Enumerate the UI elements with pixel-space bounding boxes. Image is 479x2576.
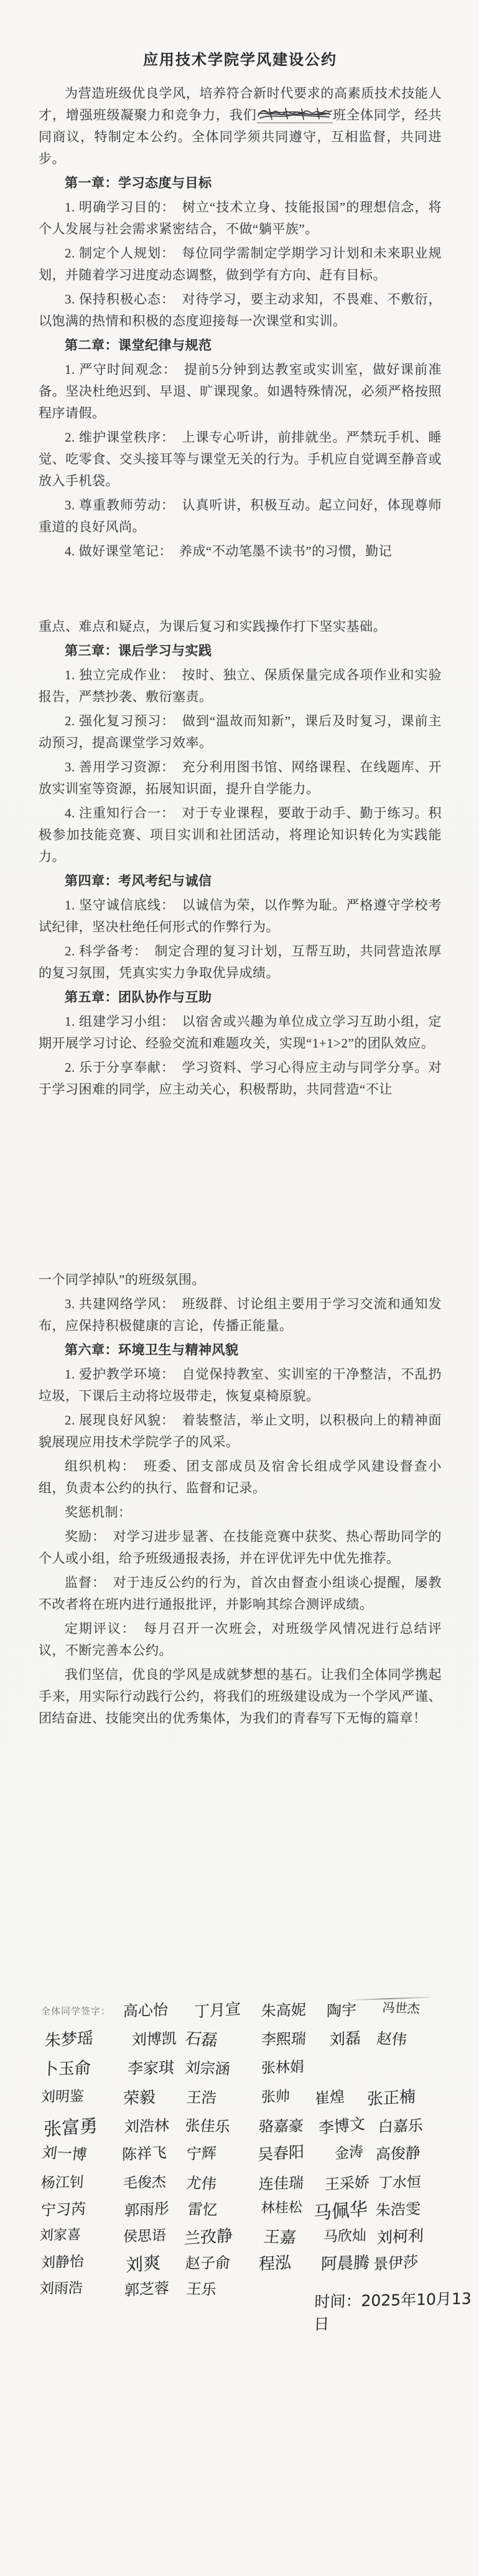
signature: 石磊 — [184, 2025, 219, 2050]
doc-paragraph: 2. 乐于分享奉献： 学习资料、学习心得应主动与同学分享。对于学习困难的同学，应… — [39, 1057, 442, 1100]
signature: 张佳乐 — [184, 2113, 231, 2136]
page-3: 一个同学掉队”的班级氛围。3. 共建网络学风： 班级群、讨论组主要用于学习交流和… — [39, 1269, 442, 1732]
signature: 陈祥飞 — [122, 2140, 167, 2164]
signature: 刘磊 — [330, 2025, 361, 2050]
doc-paragraph: 2. 维护课堂秩序： 上课专心听讲，前排就坐。严禁玩手机、睡觉、吃零食、交头接耳… — [39, 427, 442, 492]
chapter-heading: 第二章：课堂纪律与规范 — [39, 335, 442, 356]
doc-paragraph: 一个同学掉队”的班级氛围。 — [39, 1269, 442, 1291]
doc-paragraph: 奖励： 对学习进步显著、在技能竞赛中获奖、热心帮助同学的个人或小组，给予班级通报… — [39, 1526, 442, 1569]
signature: 冯世杰 — [381, 1997, 421, 2017]
signature: 刘静怡 — [40, 2250, 84, 2272]
signature: 刘一博 — [41, 2140, 88, 2164]
doc-paragraph: 3. 尊重教师劳动： 认真听讲，积极互动。起立问好，体现尊师重道的良好风尚。 — [39, 495, 442, 538]
doc-paragraph: 4. 做好课堂笔记： 养成“不动笔墨不读书”的习惯，勤记 — [39, 541, 442, 562]
doc-paragraph: 2. 科学备考： 制定合理的复习计划，互帮互助，共同营造浓厚的复习氛围，凭真实实… — [39, 941, 442, 984]
doc-paragraph: 奖惩机制： — [39, 1502, 442, 1523]
signature: 王乐 — [185, 2276, 218, 2299]
intro-paragraph: 为营造班级优良学风，培养符合新时代要求的高素质技术技能人才，增强班级凝聚力和竞争… — [39, 83, 442, 170]
signature: 刘博凯 — [131, 2026, 177, 2050]
signature: 陶宇 — [327, 1997, 357, 2021]
signature: 丁水恒 — [378, 2170, 422, 2192]
signature: 刘柯利 — [377, 2223, 424, 2248]
signature: 毛俊杰 — [123, 2170, 166, 2192]
signature: 王嘉 — [263, 2224, 297, 2248]
signature: 张正楠 — [367, 2084, 416, 2109]
signature: 景伊莎 — [373, 2249, 418, 2274]
doc-paragraph: 1. 组建学习小组： 以宿舍或兴趣为单位成立学习互助小组，定期开展学习讨论、经验… — [39, 1011, 442, 1054]
doc-paragraph: 定期评议： 每月召开一次班会，对班级学风情况进行总结评议，不断完善本公约。 — [39, 1618, 442, 1662]
signature: 李博文 — [319, 2111, 366, 2139]
signature: 刘明鉴 — [40, 2085, 85, 2106]
signature: 金涛 — [335, 2140, 364, 2164]
doc-paragraph: 1. 爱护教学环境： 自觉保持教室、实训室的干净整洁，不乱扔垃圾，下课后主动将垃… — [39, 1364, 442, 1407]
signature: 兰孜静 — [184, 2223, 233, 2249]
document-title: 应用技术学院学风建设公约 — [39, 47, 442, 69]
signature: 阿晨腾 — [320, 2250, 370, 2275]
chapter-heading: 第五章：团队协作与互助 — [39, 987, 442, 1008]
doc-paragraph: 我们坚信，优良的学风是成就梦想的基石。让我们全体同学携起手来，用实际行动践行公约… — [39, 1664, 442, 1729]
signature-label: 全体同学签字： — [41, 2004, 111, 2017]
signature: 白嘉乐 — [378, 2113, 423, 2137]
signature: 连佳瑞 — [258, 2170, 304, 2194]
signature: 刘爽 — [126, 2249, 161, 2277]
doc-paragraph: 4. 注重知行合一： 对于专业课程，要敢于动手、勤于练习。积极参加技能竞赛、项目… — [39, 802, 442, 868]
signature: 张林娟 — [261, 2055, 304, 2077]
doc-paragraph: 3. 共建网络学风： 班级群、讨论组主要用于学习交流和通知发布，应保持积极健康的… — [39, 1293, 442, 1337]
signature: 赵伟 — [376, 2026, 408, 2049]
signature: 朱高妮 — [261, 1997, 306, 2021]
signature: 宁习芮 — [40, 2197, 86, 2220]
doc-paragraph: 1. 严守时间观念： 提前5分钟到达教室或实训室，做好课前准备。坚决杜绝迟到、早… — [39, 359, 442, 424]
signature: 李家琪 — [127, 2055, 175, 2078]
page2-blocks: 重点、难点和疑点，为课后复习和实践操作打下坚实基础。第三章：课后学习与实践1. … — [39, 616, 442, 1100]
doc-paragraph: 1. 坚守诚信底线： 以诚信为荣，以作弊为耻。严格遵守学校考试纪律，坚决杜绝任何… — [39, 895, 442, 938]
signature: 郭雨彤 — [124, 2196, 170, 2220]
doc-paragraph: 2. 强化复习预习： 做到“温故而知新”，课后及时复习，课前主动预习，提高课堂学… — [39, 710, 442, 754]
class-name-blank — [257, 106, 333, 123]
chapter-heading: 第三章：课后学习与实践 — [39, 640, 442, 662]
signature: 侯思语 — [123, 2224, 166, 2246]
doc-paragraph: 2. 制定个人规划： 每位同学需制定学期学习计划和未来职业规划，并随着学习进度动… — [39, 243, 442, 286]
doc-paragraph: 1. 独立完成作业： 按时、独立、保质保量完成各项作业和实验报告，严禁抄袭、敷衍… — [39, 664, 442, 708]
signature: 吴春阳 — [258, 2139, 304, 2165]
chapter-heading: 第一章：学习态度与目标 — [39, 172, 442, 194]
signature: 马佩华 — [314, 2195, 368, 2225]
signature: 杨江钊 — [40, 2170, 85, 2192]
doc-paragraph: 监督： 对于违反公约的行为，首次由督查小组谈心提醒，屡教不改者将在班内进行通报批… — [39, 1572, 442, 1616]
signature: 李熙瑞 — [261, 2026, 307, 2048]
signature: 赵子俞 — [185, 2250, 231, 2272]
signature: 王浩 — [185, 2085, 217, 2108]
signature: 刘浩林 — [124, 2113, 169, 2137]
doc-paragraph: 3. 善用学习资源： 充分利用图书馆、网络课程、在线题库、开放实训室等资源，拓展… — [39, 756, 442, 800]
doc-paragraph: 1. 明确学习目的： 树立“技术立身、技能报国”的理想信念，将个人发展与社会需求… — [39, 197, 442, 240]
doc-paragraph: 重点、难点和疑点，为课后复习和实践操作打下坚实基础。 — [39, 616, 442, 638]
chapter-heading: 第六章：环境卫生与精神风貌 — [39, 1339, 442, 1361]
page-1: 应用技术学院学风建设公约 为营造班级优良学风，培养符合新时代要求的高素质技术技能… — [39, 47, 442, 565]
signature: 高俊静 — [375, 2141, 421, 2164]
signature: 宁辉 — [186, 2141, 216, 2164]
chapter-heading: 第四章：考风考纪与诚信 — [39, 870, 442, 892]
signature: 林桂松 — [261, 2197, 303, 2216]
signature: 刘宗涵 — [184, 2055, 231, 2078]
signature: 郭芝蓉 — [124, 2276, 170, 2300]
signature: 荣毅 — [123, 2085, 156, 2109]
signature: 朱浩雯 — [375, 2197, 421, 2220]
page1-blocks: 第一章：学习态度与目标1. 明确学习目的： 树立“技术立身、技能报国”的理想信念… — [39, 172, 442, 562]
signature: 尤伟 — [185, 2170, 218, 2193]
doc-paragraph: 3. 保持积极心态： 对待学习，要主动求知，不畏难、不敷衍，以饱满的热情和积极的… — [39, 289, 442, 332]
page-2: 重点、难点和疑点，为课后复习和实践操作打下坚实基础。第三章：课后学习与实践1. … — [39, 616, 442, 1103]
signature: 马欣灿 — [323, 2224, 366, 2246]
signature: 张富勇 — [44, 2112, 98, 2141]
signature: 雷忆 — [187, 2197, 219, 2220]
signature: 朱梦瑶 — [45, 2025, 94, 2051]
class-name-scribble-icon — [256, 105, 334, 124]
doc-paragraph: 组织机构： 班委、团支部成员及宿舍长组成学风建设督查小组，负责本公约的执行、监督… — [39, 1456, 442, 1499]
signature: 王采娇 — [325, 2170, 370, 2194]
signature: 崔煌 — [315, 2084, 345, 2108]
stray-pen-stroke — [348, 1997, 430, 2001]
signature: 高心怡 — [123, 1997, 168, 2021]
signature: 丁月宣 — [194, 1996, 241, 2022]
signature: 张帅 — [261, 2085, 290, 2106]
page3-blocks: 一个同学掉队”的班级氛围。3. 共建网络学风： 班级群、讨论组主要用于学习交流和… — [39, 1269, 442, 1729]
signature-date: 时间：2025年10月13日 — [314, 2286, 479, 2335]
doc-paragraph: 2. 展现良好风貌： 着装整洁，举止文明，以积极向上的精神面貌展现应用技术学院学… — [39, 1410, 442, 1453]
signature: 骆嘉豪 — [258, 2113, 304, 2136]
signature: 刘雨浩 — [39, 2276, 83, 2297]
signature: 刘家喜 — [39, 2224, 81, 2244]
signature: 卜玉俞 — [42, 2055, 91, 2080]
signature: 程泓 — [259, 2250, 292, 2275]
document-photo: 应用技术学院学风建设公约 为营造班级优良学风，培养符合新时代要求的高素质技术技能… — [0, 0, 479, 2576]
